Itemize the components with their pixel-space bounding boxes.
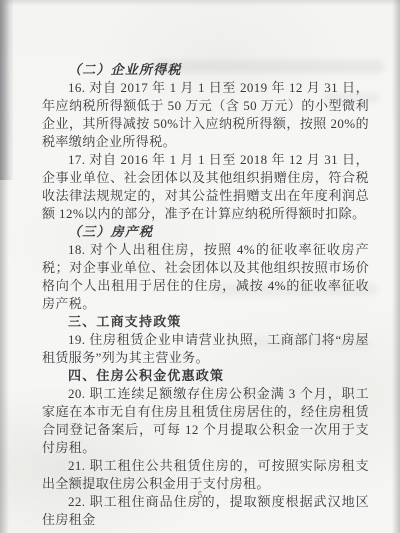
doc-paragraph: 20. 职工连续足额缴存住房公积金满 3 个月，职工家庭在本市无自有住房且租赁住… xyxy=(42,385,369,457)
scan-edge-left-top xyxy=(0,0,14,180)
doc-heading: 四、住房公积金优惠政策 xyxy=(42,367,369,385)
doc-paragraph: 16. 对自 2017 年 1 月 1 日至 2019 年 12 月 31 日，… xyxy=(42,79,369,151)
doc-paragraph: 19. 住房租赁企业申请营业执照，工商部门将“房屋租赁服务”列为其主营业务。 xyxy=(42,331,369,367)
doc-paragraph: 17. 对自 2016 年 1 月 1 日至 2018 年 12 月 31 日，… xyxy=(42,151,369,223)
doc-heading: （三）房产税 xyxy=(42,223,369,241)
doc-heading: 三、工商支持政策 xyxy=(42,313,369,331)
scan-edge-right xyxy=(392,0,400,533)
scanned-document-page: （二）企业所得税16. 对自 2017 年 1 月 1 日至 2019 年 12… xyxy=(0,0,400,533)
scan-edge-top xyxy=(0,0,400,6)
doc-paragraph: 21. 职工租住公共租赁住房的，可按照实际房租支出全额提取住房公积金用于支付房租… xyxy=(42,457,369,493)
page-number: 5 xyxy=(0,490,400,500)
doc-paragraph: 18. 对个人出租住房，按照 4%的征收率征收房产税；对企事业单位、社会团体以及… xyxy=(42,241,369,313)
document-body: （二）企业所得税16. 对自 2017 年 1 月 1 日至 2019 年 12… xyxy=(42,61,369,529)
doc-heading: （二）企业所得税 xyxy=(42,61,369,79)
